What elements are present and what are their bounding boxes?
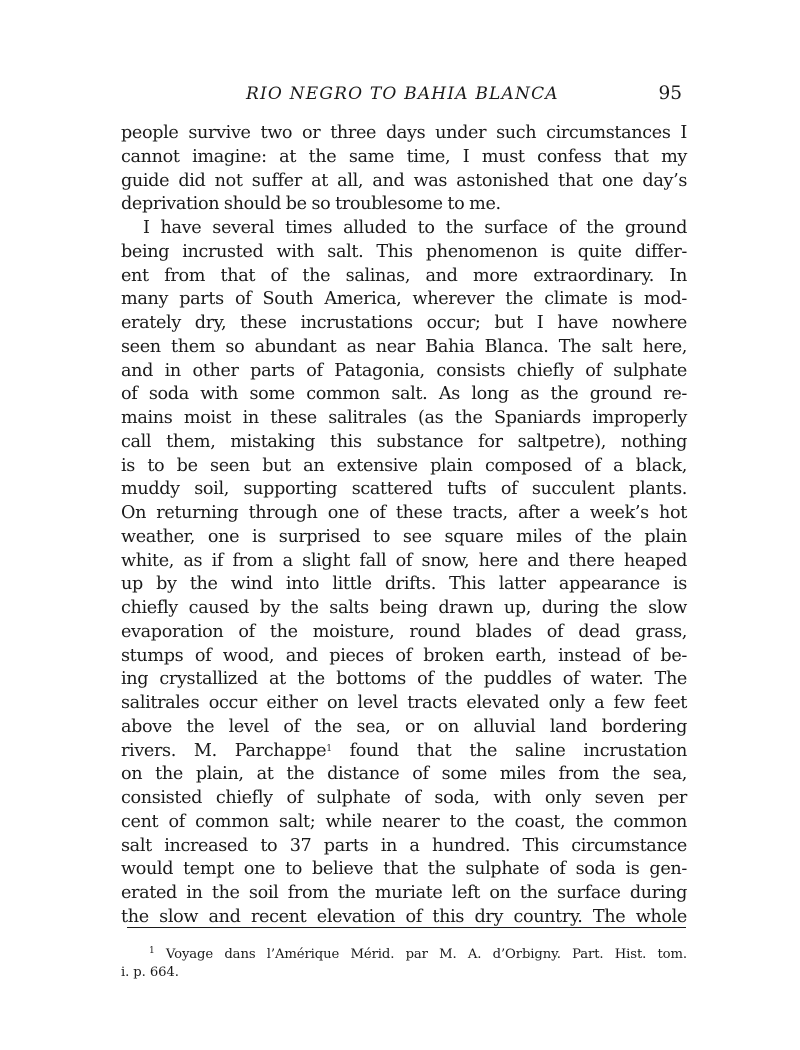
text-line: cent of common salt; while nearer to the… [121, 811, 687, 835]
text-line: On returning through one of these tracts… [121, 502, 687, 526]
footnote-marker: 1 [149, 946, 155, 956]
text-line: above the level of the sea, or on alluvi… [121, 716, 687, 740]
text-line: white, as if from a slight fall of snow,… [121, 550, 687, 574]
page-number: 95 [658, 83, 682, 104]
text-line: consisted chiefly of sulphate of soda, w… [121, 787, 687, 811]
text-segment: rivers. M. Parchappe [121, 741, 326, 761]
text-line: stumps of wood, and pieces of broken ear… [121, 645, 687, 669]
footnotes: 1 Voyage dans l’Amérique Mérid. par M. A… [121, 946, 687, 982]
text-line: salitrales occur either on level tracts … [121, 692, 687, 716]
text-line: guide did not suffer at all, and was ast… [121, 170, 687, 194]
footnote-line: i. p. 664. [121, 964, 687, 982]
text-line: deprivation should be so troublesome to … [121, 193, 687, 217]
text-line: would tempt one to believe that the sulp… [121, 858, 687, 882]
text-line: call them, mistaking this substance for … [121, 431, 687, 455]
body-text: people survive two or three days under s… [121, 122, 687, 930]
text-line: of soda with some common salt. As long a… [121, 383, 687, 407]
text-line: muddy soil, supporting scattered tufts o… [121, 478, 687, 502]
text-line: ing crystallized at the bottoms of the p… [121, 668, 687, 692]
text-line: erated in the soil from the muriate left… [121, 882, 687, 906]
text-line: mains moist in these salitrales (as the … [121, 407, 687, 431]
text-line: ent from that of the salinas, and more e… [121, 265, 687, 289]
running-title: RIO NEGRO TO BAHIA BLANCA [246, 84, 559, 104]
text-line: being incrusted with salt. This phenomen… [121, 241, 687, 265]
text-line-with-footnote-ref: rivers. M. Parchappe1 found that the sal… [121, 740, 687, 764]
text-line: many parts of South America, wherever th… [121, 288, 687, 312]
text-line: salt increased to 37 parts in a hundred.… [121, 835, 687, 859]
text-line: and in other parts of Patagonia, consist… [121, 360, 687, 384]
paragraph-start-line: I have several times alluded to the surf… [121, 217, 687, 241]
text-line: erately dry, these incrustations occur; … [121, 312, 687, 336]
text-line: evaporation of the moisture, round blade… [121, 621, 687, 645]
text-line: people survive two or three days under s… [121, 122, 687, 146]
text-line: the slow and recent elevation of this dr… [121, 906, 687, 930]
text-line: is to be seen but an extensive plain com… [121, 455, 687, 479]
text-segment: found that the saline incrustation [332, 741, 687, 761]
text-line: weather, one is surprised to see square … [121, 526, 687, 550]
footnote-line: 1 Voyage dans l’Amérique Mérid. par M. A… [121, 946, 687, 964]
footnote-text: Voyage dans l’Amérique Mérid. par M. A. … [166, 947, 687, 962]
running-head: RIO NEGRO TO BAHIA BLANCA 95 [120, 84, 686, 108]
text-line: up by the wind into little drifts. This … [121, 573, 687, 597]
footnote-divider [127, 927, 686, 928]
text-line: cannot imagine: at the same time, I must… [121, 146, 687, 170]
text-line: chiefly caused by the salts being drawn … [121, 597, 687, 621]
text-line: on the plain, at the distance of some mi… [121, 763, 687, 787]
text-line: seen them so abundant as near Bahia Blan… [121, 336, 687, 360]
